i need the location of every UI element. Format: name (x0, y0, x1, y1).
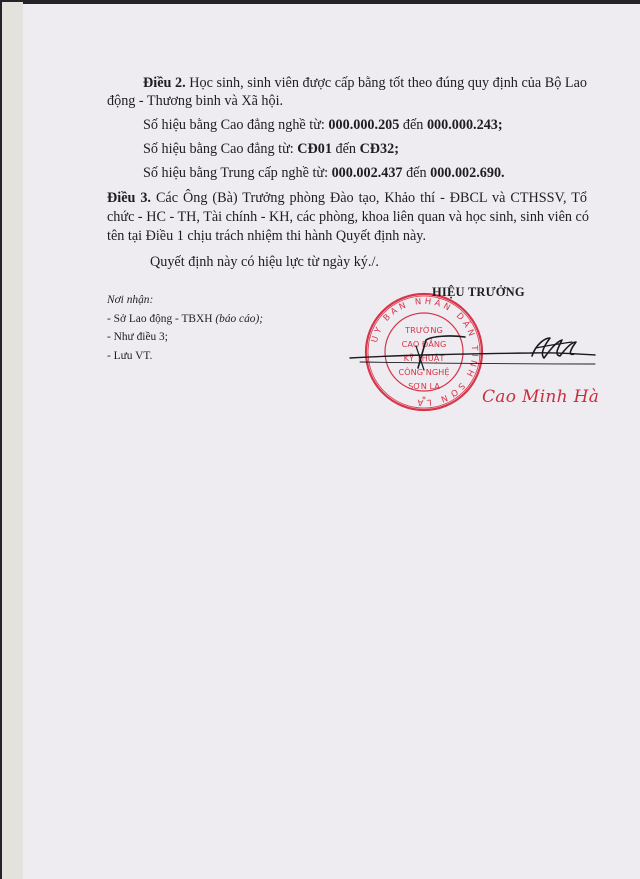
cert-range-from: CĐ01 (297, 141, 332, 157)
recipients-title: Nơi nhận: (107, 291, 263, 310)
article-2-label: Điều 2. (143, 75, 186, 91)
cert-range-to: 000.002.690. (430, 165, 504, 181)
article-3-text: Các Ông (Bà) Trưởng phòng Đào tạo, Khảo … (151, 190, 587, 206)
handwritten-signature (340, 320, 600, 380)
cert-range-from: 000.002.437 (332, 165, 403, 181)
cert-range-label: Số hiệu bằng Cao đẳng nghề từ: (143, 117, 328, 133)
cert-range-label: Số hiệu bằng Cao đẳng từ: (143, 141, 297, 157)
article-3-line-1: Điều 3. Các Ông (Bà) Trưởng phòng Đào tạ… (107, 189, 587, 207)
recipient-item: - Như điều 3; (107, 328, 263, 347)
cert-range-from: 000.000.205 (328, 117, 399, 133)
recipient-note: (báo cáo); (215, 313, 263, 325)
recipient-item: - Lưu VT. (107, 347, 263, 366)
cert-range-to: 000.000.243; (427, 117, 503, 133)
signer-name: Cao Minh Hà (482, 387, 599, 407)
article-3-label: Điều 3. (107, 190, 151, 206)
cert-range-sep: đến (399, 117, 427, 133)
cert-range-college: Số hiệu bằng Cao đẳng từ: CĐ01 đến CĐ32; (143, 140, 587, 158)
cert-range-label: Số hiệu bằng Trung cấp nghề từ: (143, 165, 332, 181)
cert-range-to: CĐ32; (360, 141, 399, 157)
svg-text:SƠN LA: SƠN LA (408, 381, 440, 391)
recipients-block: Nơi nhận: - Sở Lao động - TBXH (báo cáo)… (107, 291, 263, 365)
svg-text:*: * (422, 395, 426, 404)
article-3-line-3: tên tại Điều 1 chịu trách nhiệm thi hành… (107, 227, 587, 245)
cert-range-vocational-college: Số hiệu bằng Cao đẳng nghề từ: 000.000.2… (143, 116, 587, 134)
recipient-item: - Sở Lao động - TBXH (báo cáo); (107, 310, 263, 329)
recipient-text: - Sở Lao động - TBXH (107, 313, 215, 325)
cert-range-sep: đến (332, 141, 360, 157)
cert-range-sep: đến (403, 165, 431, 181)
document: Điều 2. Học sinh, sinh viên được cấp bằn… (0, 0, 640, 879)
article-2-text: Học sinh, sinh viên được cấp bằng tốt th… (186, 75, 587, 91)
cert-range-vocational-intermediate: Số hiệu bằng Trung cấp nghề từ: 000.002.… (143, 164, 587, 182)
signer-title: HIỆU TRƯỞNG (432, 285, 525, 300)
article-2-line-1: Điều 2. Học sinh, sinh viên được cấp bằn… (143, 74, 587, 92)
article-3-line-2: chức - HC - TH, Tài chính - KH, các phòn… (107, 208, 587, 226)
effective-clause: Quyết định này có hiệu lực từ ngày ký./. (150, 253, 630, 271)
article-2-line-2: động - Thương binh và Xã hội. (107, 92, 587, 110)
